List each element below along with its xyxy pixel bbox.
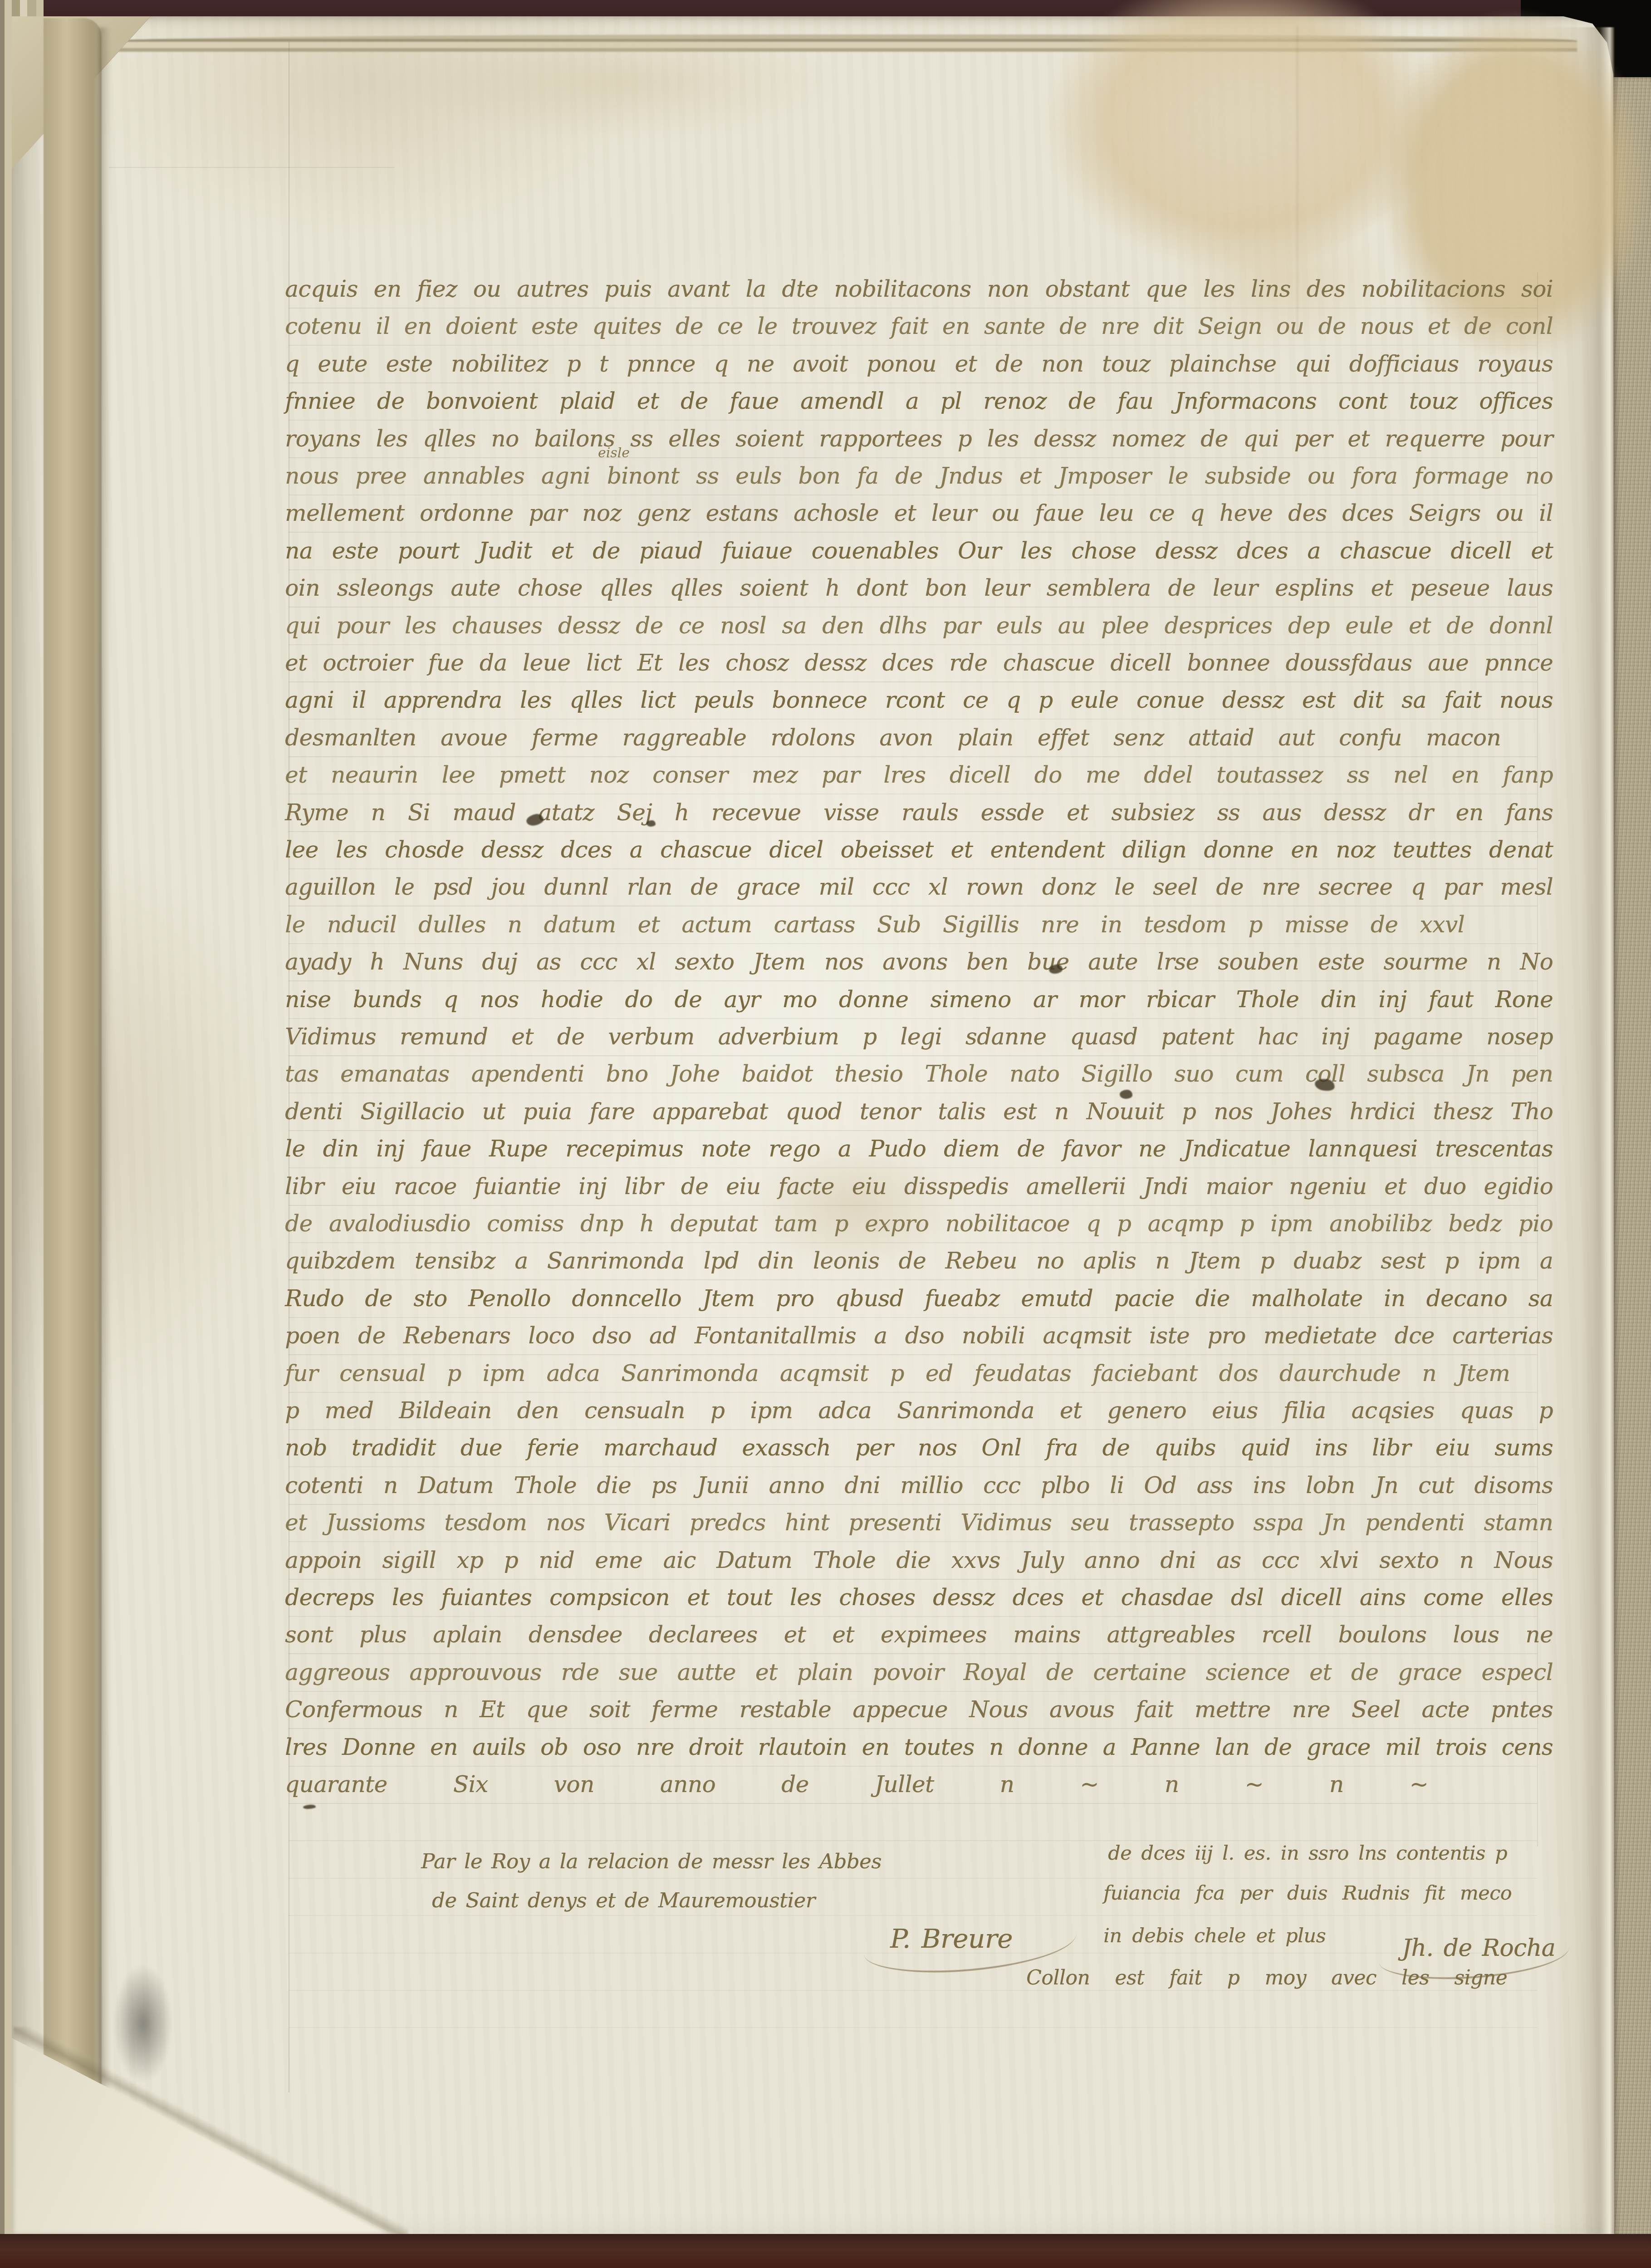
manuscript-text-line: appoin sigill xp p nid eme aic Datum Tho… bbox=[285, 1549, 1553, 1572]
manuscript-text-line: lee les chosde dessz dces a chascue dice… bbox=[285, 838, 1553, 861]
ruled-line-horizontal bbox=[289, 1466, 1537, 1467]
ruled-line-horizontal bbox=[289, 1279, 1537, 1280]
manuscript-text-line: le din inj faue Rupe recepimus note rego… bbox=[285, 1137, 1553, 1160]
manuscript-text-line: desmanlten avoue ferme raggreable rdolon… bbox=[285, 726, 1501, 749]
manuscript-text-line: et neaurin lee pmett noz conser mez par … bbox=[285, 764, 1553, 786]
charcoal-smudge bbox=[113, 1964, 172, 2082]
manuscript-text-line: libr eiu racoe fuiantie inj libr de eiu … bbox=[285, 1175, 1553, 1198]
ruled-line-horizontal bbox=[289, 420, 1537, 421]
ruled-line-horizontal bbox=[289, 308, 1537, 309]
finance-note-line-3: in debis chele et plus bbox=[1103, 1926, 1326, 1946]
ruled-line-horizontal bbox=[289, 495, 1537, 495]
manuscript-text-line: cotenu il en doient este quites de ce le… bbox=[285, 315, 1553, 338]
manuscript-text-line: nise bunds q nos hodie do de ayr mo donn… bbox=[285, 988, 1553, 1011]
ruled-line-horizontal bbox=[289, 382, 1537, 383]
manuscript-text-line: de avalodiusdio comiss dnp h deputat tam… bbox=[285, 1212, 1553, 1235]
ruled-line-horizontal bbox=[289, 681, 1537, 682]
ruled-line-horizontal bbox=[289, 1766, 1537, 1767]
manuscript-text-line: aguillon le psd jou dunnl rlan de grace … bbox=[285, 876, 1553, 898]
royal-order-note-line-1: Par le Roy a la relacion de messr les Ab… bbox=[421, 1851, 811, 1871]
ruled-line-horizontal bbox=[289, 794, 1537, 794]
finance-note-line-2: fuiancia fca per duis Rudnis fit meco bbox=[1103, 1884, 1512, 1903]
manuscript-text-line: et Jussioms tesdom nos Vicari predcs hin… bbox=[285, 1511, 1553, 1534]
manuscript-text-line: aggreous approuvous rde sue autte et pla… bbox=[285, 1661, 1553, 1684]
manuscript-text-line: na este pourt Judit et de piaud fuiaue c… bbox=[285, 539, 1553, 562]
manuscript-text-line: tas emanatas apendenti bno Johe baidot t… bbox=[285, 1063, 1553, 1085]
ruled-line-horizontal bbox=[289, 1167, 1537, 1168]
ruled-line-horizontal bbox=[289, 532, 1537, 533]
manuscript-text-line: Rudo de sto Penollo donncello Jtem pro q… bbox=[285, 1287, 1553, 1310]
ruled-line-horizontal bbox=[289, 569, 1537, 570]
ruled-line-horizontal bbox=[289, 1541, 1537, 1542]
gutter-seam-shadow bbox=[99, 27, 111, 2236]
ruled-line-horizontal bbox=[289, 1840, 1537, 1841]
ruled-line-horizontal bbox=[289, 1092, 1537, 1093]
ruled-line-horizontal bbox=[289, 1579, 1537, 1580]
ink-blot bbox=[1120, 1090, 1132, 1099]
ruled-line-horizontal bbox=[289, 1055, 1537, 1056]
manuscript-text-line: qui pour les chauses dessz de ce nosl sa… bbox=[285, 614, 1553, 637]
ruled-line-horizontal bbox=[289, 868, 1537, 869]
ruled-line-horizontal bbox=[289, 1691, 1537, 1692]
manuscript-text-line: mellement ordonne par noz genz estans ac… bbox=[285, 502, 1553, 524]
ruled-line-horizontal bbox=[289, 644, 1537, 645]
ruled-line-horizontal bbox=[289, 906, 1537, 906]
ruled-line-horizontal bbox=[289, 943, 1537, 944]
manuscript-text-line: quibzdem tensibz a Sanrimonda lpd din le… bbox=[285, 1249, 1553, 1272]
ruled-line-horizontal bbox=[289, 1317, 1537, 1318]
manuscript-text-line: q eute este nobilitez p t pnnce q ne avo… bbox=[285, 353, 1553, 375]
ruled-line-horizontal bbox=[289, 1878, 1537, 1879]
manuscript-text-line: Vidimus remund et de verbum adverbium p … bbox=[285, 1025, 1553, 1048]
ruled-line-horizontal bbox=[289, 831, 1537, 832]
manuscript-text-line: ayady h Nuns duj as ccc xl sexto Jtem no… bbox=[285, 950, 1553, 973]
manuscript-text-line: oin ssleongs aute chose qlles qlles soie… bbox=[285, 577, 1553, 599]
manuscript-text-line: fnniee de bonvoient plaid et de faue ame… bbox=[285, 390, 1553, 412]
ruled-line-horizontal bbox=[289, 1354, 1537, 1355]
manuscript-text-line: Confermous n Et que soit ferme restable … bbox=[285, 1698, 1553, 1721]
leather-binding-bottom bbox=[0, 2234, 1651, 2268]
manuscript-text-line: denti Sigillacio ut puia fare apparebat … bbox=[285, 1100, 1553, 1123]
ruled-line-horizontal bbox=[289, 1990, 1537, 1991]
book-fore-edge bbox=[1613, 77, 1651, 2237]
interlinear-addition: eisle bbox=[598, 446, 630, 460]
manuscript-text-line: lres Donne en auils ob oso nre droit rla… bbox=[285, 1736, 1553, 1759]
gutter-fold bbox=[44, 18, 102, 2236]
ruled-line-horizontal bbox=[289, 457, 1537, 458]
ruled-line-horizontal bbox=[289, 1205, 1537, 1206]
royal-order-note-line-2: de Saint denys et de Mauremoustier bbox=[432, 1890, 722, 1910]
ruled-line-horizontal bbox=[289, 1653, 1537, 1654]
manuscript-text-line: decreps les fuiantes compsicon et tout l… bbox=[285, 1586, 1553, 1609]
manuscript-text-line: Ryme n Si maud atatz Sej h recevue visse… bbox=[285, 801, 1553, 824]
ruled-line-horizontal bbox=[289, 1392, 1537, 1393]
ruled-line-horizontal bbox=[289, 1130, 1537, 1131]
collation-note: Collon est fait p moy avec les signe bbox=[1026, 1968, 1507, 1988]
water-stain bbox=[1379, 9, 1651, 363]
manuscript-text-line: nous pree annables agni binont ss euls b… bbox=[285, 465, 1553, 487]
ruled-line-horizontal bbox=[289, 1728, 1537, 1729]
manuscript-text-line: et octroier fue da leue lict Et les chos… bbox=[285, 651, 1553, 674]
manuscript-text-line: p med Bildeain den censualn p ipm adca S… bbox=[285, 1399, 1553, 1422]
ruled-line-horizontal bbox=[289, 607, 1537, 607]
bottom-left-crease bbox=[14, 2027, 408, 2240]
ruled-line-horizontal bbox=[289, 980, 1537, 981]
ruled-line-horizontal bbox=[289, 1429, 1537, 1430]
ruled-line-horizontal bbox=[289, 719, 1537, 720]
manuscript-text-line: acquis en fiez ou autres puis avant la d… bbox=[285, 278, 1553, 300]
manuscript-text-line: nob tradidit due ferie marchaud exassch … bbox=[285, 1436, 1553, 1459]
manuscript-text-line: le nducil dulles n datum et actum cartas… bbox=[285, 913, 1465, 936]
ruled-line-top bbox=[109, 167, 395, 168]
finance-note-line-1: de dces iij l. es. in ssro lns contentis… bbox=[1108, 1844, 1507, 1863]
ruled-line-horizontal bbox=[289, 1504, 1537, 1505]
ink-blot bbox=[647, 820, 656, 827]
ruled-line-horizontal bbox=[289, 1616, 1537, 1617]
manuscript-text-line: fur censual p ipm adca Sanrimonda acqmsi… bbox=[285, 1362, 1510, 1385]
ruled-line-horizontal bbox=[289, 756, 1537, 757]
ruled-line-horizontal bbox=[289, 345, 1537, 346]
ruled-line-horizontal bbox=[289, 1242, 1537, 1243]
manuscript-text-line: quarante Six von anno de Jullet n ~ n ~ … bbox=[285, 1773, 1428, 1796]
ruled-line-horizontal bbox=[289, 1915, 1537, 1916]
ruled-line-horizontal bbox=[289, 1803, 1537, 1804]
manuscript-scan: acquis en fiez ou autres puis avant la d… bbox=[0, 0, 1651, 2268]
ruled-line-horizontal bbox=[289, 2027, 1537, 2028]
manuscript-text-line: agni il apprendra les qlles lict peuls b… bbox=[285, 689, 1553, 711]
manuscript-text-line: royans les qlles no bailons ss elles soi… bbox=[285, 427, 1553, 450]
ruled-line-horizontal bbox=[289, 1018, 1537, 1019]
manuscript-text-line: sont plus aplain densdee declarees et et… bbox=[285, 1623, 1553, 1646]
manuscript-text-line: poen de Rebenars loco dso ad Fontanitall… bbox=[285, 1324, 1553, 1347]
manuscript-text-line: cotenti n Datum Thole die ps Junii anno … bbox=[285, 1474, 1553, 1497]
